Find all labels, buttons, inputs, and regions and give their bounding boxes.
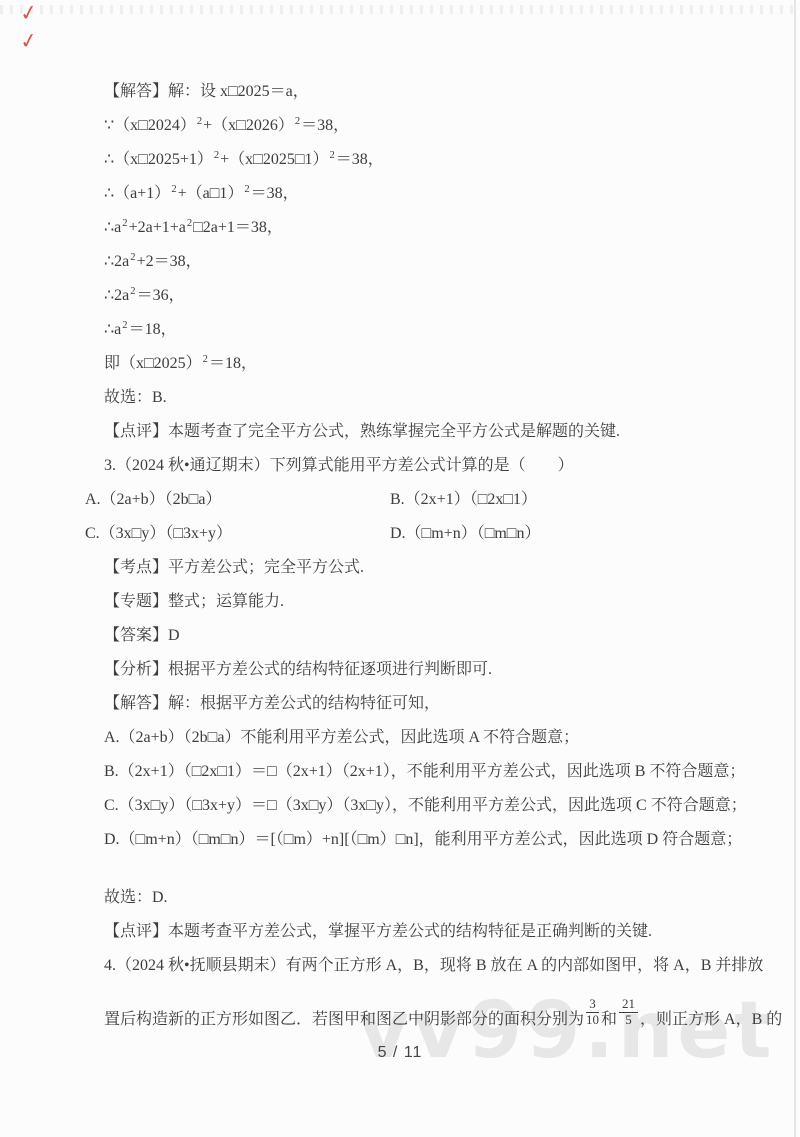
text-line: ∴（x□2025+1）2+（x□2025□1）2＝38，: [104, 143, 760, 177]
text-line: ∴（a+1）2+（a□1）2＝38，: [104, 177, 760, 211]
text-line: 【解答】解：根据平方差公式的结构特征可知，: [104, 687, 760, 721]
text-line: 【分析】根据平方差公式的结构特征逐项进行判断即可.: [104, 653, 760, 687]
text-line: ∴2a2+2＝38，: [104, 245, 760, 279]
text-line: 故选：D.: [104, 881, 760, 915]
superscript-2: 2: [171, 184, 176, 195]
text-line: ∵（x□2024）2+（x□2026）2＝38，: [104, 109, 760, 143]
text-line: 4.（2024 秋•抚顺县期末）有两个正方形 A，B，现将 B 放在 A 的内部…: [104, 949, 760, 983]
superscript-2: 2: [187, 218, 192, 229]
fraction-denominator: 5: [619, 1013, 638, 1028]
page-top-edge-dashes: [0, 5, 800, 14]
option-left: A.（2a+b）（2b□a）: [85, 483, 221, 517]
red-check-mark-icon: ✓: [18, 30, 39, 54]
superscript-2: 2: [214, 150, 219, 161]
superscript-2: 2: [122, 320, 127, 331]
fraction: 215: [619, 997, 638, 1028]
text-line: 即（x□2025）2＝18，: [104, 347, 760, 381]
document-content: 【解答】解：设 x□2025＝a，∵（x□2024）2+（x□2026）2＝38…: [104, 75, 760, 1031]
options-row: A.（2a+b）（2b□a）B.（2x+1）（□2x□1）: [104, 483, 760, 517]
text-line: B.（2x+1）（□2x□1）＝□（2x+1）（2x+1），不能利用平方差公式，…: [104, 755, 760, 789]
text-line: 【点评】本题考查平方差公式，掌握平方差公式的结构特征是正确判断的关键.: [104, 915, 760, 949]
red-check-mark-icon: ✓: [18, 2, 39, 26]
text-line: ∴a2＝18，: [104, 313, 760, 347]
superscript-2: 2: [244, 184, 249, 195]
page-right-edge-line: [794, 0, 796, 1137]
option-right: B.（2x+1）（□2x□1）: [390, 483, 537, 517]
text-line: ∴a2+2a+1+a2□2a+1＝38，: [104, 211, 760, 245]
document-page: ✓ ✓ vv99.net 【解答】解：设 x□2025＝a，∵（x□2024）2…: [0, 0, 800, 1137]
fraction: 310: [586, 997, 599, 1028]
text-line: ∴2a2＝36，: [104, 279, 760, 313]
text-line-with-fractions: 置后构造新的正方形如图乙．若图甲和图乙中阴影部分的面积分别为310和215，则正…: [104, 997, 760, 1031]
superscript-2: 2: [197, 116, 202, 127]
text-line: C.（3x□y）（□3x+y）＝□（3x□y）（3x□y），不能利用平方差公式，…: [104, 789, 760, 823]
superscript-2: 2: [295, 116, 300, 127]
superscript-2: 2: [122, 218, 127, 229]
superscript-2: 2: [330, 150, 335, 161]
fraction-numerator: 3: [586, 997, 599, 1013]
superscript-2: 2: [130, 286, 135, 297]
text-line: D.（□m+n）（□m□n）＝[（□m）+n][（□m）□n]，能利用平方差公式…: [104, 823, 760, 857]
page-number: 5 / 11: [0, 1044, 800, 1062]
option-left: C.（3x□y）（□3x+y）: [85, 517, 232, 551]
text-line: 故选：B.: [104, 381, 760, 415]
fraction-numerator: 21: [619, 997, 638, 1013]
text-line: 【考点】平方差公式；完全平方公式.: [104, 551, 760, 585]
text-line: A.（2a+b）（2b□a）不能利用平方差公式，因此选项 A 不符合题意；: [104, 721, 760, 755]
text-line: 【点评】本题考查了完全平方公式，熟练掌握完全平方公式是解题的关键.: [104, 415, 760, 449]
options-row: C.（3x□y）（□3x+y）D.（□m+n）（□m□n）: [104, 517, 760, 551]
text-line: 【答案】D: [104, 619, 760, 653]
fraction-denominator: 10: [586, 1013, 599, 1028]
text-line: 【专题】整式；运算能力.: [104, 585, 760, 619]
text-line: 【解答】解：设 x□2025＝a，: [104, 75, 760, 109]
superscript-2: 2: [203, 354, 208, 365]
superscript-2: 2: [130, 252, 135, 263]
text-line: 3.（2024 秋•通辽期末）下列算式能用平方差公式计算的是（ ）: [104, 449, 760, 483]
option-right: D.（□m+n）（□m□n）: [390, 517, 540, 551]
